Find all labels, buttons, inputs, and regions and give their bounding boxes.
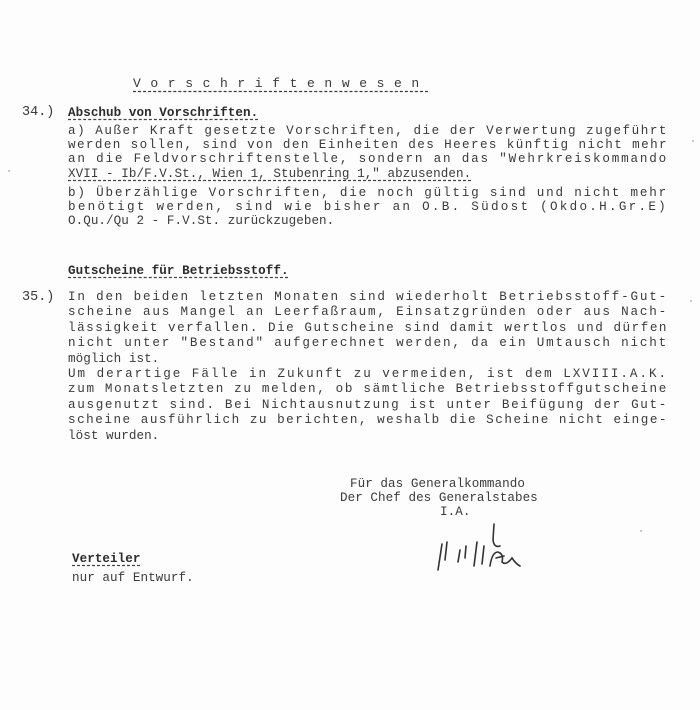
text-line: zum Monatsletzten zu melden, ob sämtlich… bbox=[68, 382, 668, 396]
scan-speck bbox=[8, 170, 10, 172]
scan-speck bbox=[690, 300, 692, 302]
text-line: an die Feldvorschriftenstelle, sondern a… bbox=[68, 152, 668, 166]
signature-line-3: I.A. bbox=[440, 505, 470, 519]
text-line: ausgenutzt sind. Bei Nichtausnutzung ist… bbox=[68, 398, 668, 412]
section-34-number: 34.) bbox=[22, 105, 54, 120]
text-line: benötigt werden, sind wie bisher an O.B.… bbox=[68, 200, 668, 214]
text-line: XVII - Ib/F.V.St., Wien 1, Stubenring 1,… bbox=[68, 167, 471, 181]
distribution-text: nur auf Entwurf. bbox=[72, 571, 194, 585]
document-heading: Vorschriftenwesen bbox=[133, 76, 429, 91]
text-line: scheine ausführlich zu berichten, weshal… bbox=[68, 413, 668, 427]
text-line: löst wurden. bbox=[68, 429, 159, 443]
section-35-number: 35.) bbox=[22, 290, 54, 305]
signature-line-2: Der Chef des Generalstabes bbox=[340, 491, 538, 505]
text-line: werden sollen, sind von den Einheiten de… bbox=[68, 138, 668, 152]
text-line: scheine aus Mangel an Leerfaßraum, Einsa… bbox=[68, 305, 668, 319]
text-line: b) Überzählige Vorschriften, die noch gü… bbox=[68, 186, 668, 200]
scan-speck bbox=[640, 530, 642, 532]
signature-line-1: Für das Generalkommando bbox=[350, 477, 525, 491]
text-line: a) Außer Kraft gesetzte Vorschriften, di… bbox=[68, 124, 668, 138]
document-page: Vorschriftenwesen 34.) Abschub von Vorsc… bbox=[0, 0, 700, 710]
handwritten-signature-icon bbox=[432, 522, 542, 582]
text-line: In den beiden letzten Monaten sind wiede… bbox=[68, 290, 668, 304]
text-line: möglich ist. bbox=[68, 352, 159, 366]
scan-speck bbox=[692, 140, 694, 142]
text-line: lässigkeit verfallen. Die Gutscheine sin… bbox=[68, 321, 668, 335]
text-line: O.Qu./Qu 2 - F.V.St. zurückzugeben. bbox=[68, 214, 334, 228]
text-line: nicht unter "Bestand" aufgerechnet werde… bbox=[68, 336, 668, 350]
section-35-title: Gutscheine für Betriebsstoff. bbox=[68, 264, 289, 278]
section-34-title: Abschub von Vorschriften. bbox=[68, 106, 258, 120]
distribution-title: Verteiler bbox=[72, 552, 140, 566]
text-line: Um derartige Fälle in Zukunft zu vermeid… bbox=[68, 367, 668, 381]
